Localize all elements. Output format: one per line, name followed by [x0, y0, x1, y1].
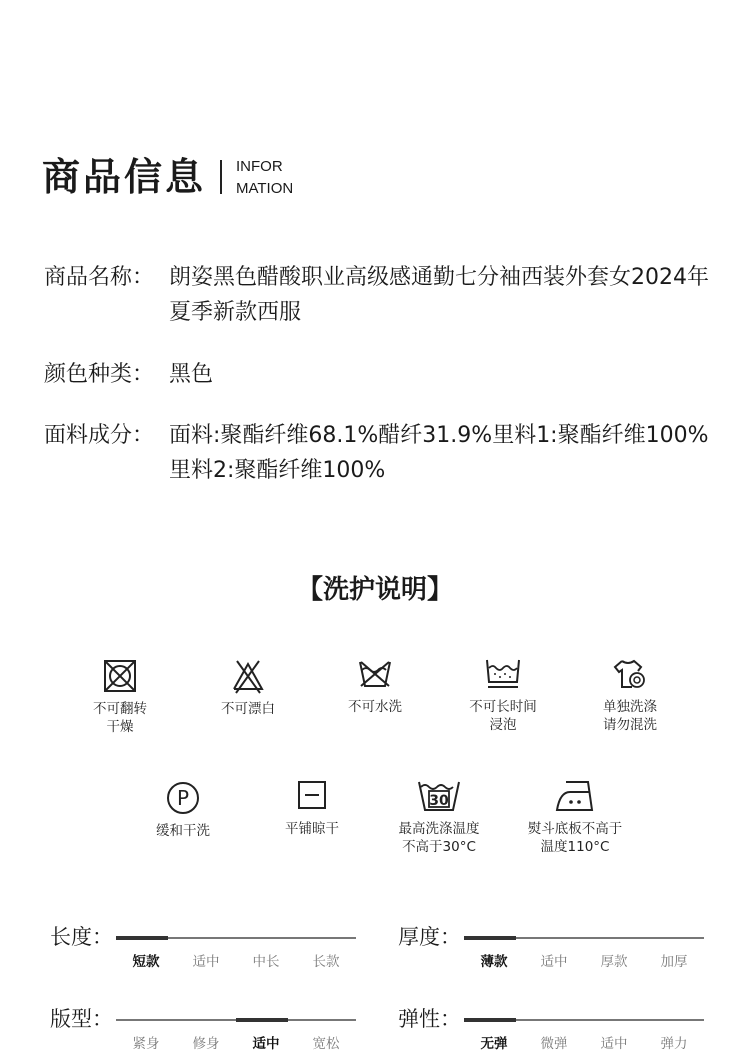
care-label-line-1: 不可水洗 — [310, 698, 440, 716]
care-item-wash-30: 30 最高洗涤温度 不高于30°C — [374, 778, 504, 856]
care-label: 缓和干洗 — [118, 822, 248, 840]
care-label-line-2: 温度110°C — [510, 838, 640, 856]
care-label: 熨斗底板不高于 温度110°C — [510, 820, 640, 856]
wash-30-icon: 30 — [417, 778, 461, 814]
scale-option: 适中 — [584, 1034, 644, 1054]
scale-option: 薄款 — [464, 952, 524, 972]
info-row-fabric: 面料成分： 面料:聚酯纤维68.1%醋纤31.9%里料1:聚酯纤维100%里料2… — [44, 418, 709, 488]
scale-thickness: 厚度： 薄款 适中 厚款 加厚 — [398, 922, 708, 982]
care-item-dry-flat: 平铺晾干 — [247, 778, 377, 838]
info-row-color: 颜色种类： 黑色 — [44, 357, 709, 392]
scale-option: 中长 — [236, 952, 296, 972]
wash-separately-icon — [612, 656, 648, 692]
scale-track — [464, 937, 704, 939]
scale-option: 厚款 — [584, 952, 644, 972]
care-label-line-2: 请勿混洗 — [565, 716, 695, 734]
scale-option: 适中 — [524, 952, 584, 972]
scale-fit: 版型： 紧身 修身 适中 宽松 — [50, 1004, 360, 1059]
section-subtitle: INFOR MATION — [236, 156, 293, 200]
care-item-wash-separately: 单独洗涤 请勿混洗 — [565, 656, 695, 734]
care-label-line-1: 不可长时间 — [438, 698, 568, 716]
info-label: 面料成分： — [44, 418, 169, 488]
scale-option: 弹力 — [644, 1034, 704, 1054]
no-soak-icon — [484, 656, 522, 692]
scale-label: 长度： — [50, 922, 113, 952]
scale-length: 长度： 短款 适中 中长 长款 — [50, 922, 360, 982]
subtitle-line-2: MATION — [236, 178, 293, 200]
info-label: 颜色种类： — [44, 357, 169, 392]
gentle-dry-clean-icon: P — [165, 780, 201, 816]
no-bleach-icon — [230, 658, 266, 694]
care-label-line-2: 干燥 — [55, 718, 185, 736]
scale-elasticity: 弹性： 无弹 微弹 适中 弹力 — [398, 1004, 708, 1059]
scale-label: 厚度： — [398, 922, 461, 952]
svg-text:30: 30 — [429, 793, 449, 809]
scale-label: 弹性： — [398, 1004, 461, 1034]
section-title: 商品信息 — [42, 152, 206, 202]
care-label: 不可翻转 干燥 — [55, 700, 185, 736]
info-label: 商品名称： — [44, 260, 169, 330]
scale-option: 长款 — [296, 952, 356, 972]
care-label: 不可水洗 — [310, 698, 440, 716]
scale-option: 微弹 — [524, 1034, 584, 1054]
care-label: 最高洗涤温度 不高于30°C — [374, 820, 504, 856]
care-label-line-2: 浸泡 — [438, 716, 568, 734]
scale-indicator — [236, 1018, 288, 1022]
scale-indicator — [464, 1018, 516, 1022]
scale-option: 修身 — [176, 1034, 236, 1054]
info-row-name: 商品名称： 朗姿黑色醋酸职业高级感通勤七分袖西装外套女2024年夏季新款西服 — [44, 260, 709, 330]
care-title: 【洗护说明】 — [0, 570, 750, 610]
scale-option: 加厚 — [644, 952, 704, 972]
info-value: 黑色 — [169, 357, 709, 392]
scale-option: 适中 — [236, 1034, 296, 1054]
care-item-no-wash: 不可水洗 — [310, 656, 440, 716]
info-value: 面料:聚酯纤维68.1%醋纤31.9%里料1:聚酯纤维100%里料2:聚酯纤维1… — [169, 418, 709, 488]
dry-flat-icon — [294, 778, 330, 814]
care-label-line-1: 最高洗涤温度 — [374, 820, 504, 838]
care-label: 不可长时间 浸泡 — [438, 698, 568, 734]
scale-track — [464, 1019, 704, 1021]
title-divider — [220, 160, 222, 194]
care-item-no-tumble-dry: 不可翻转 干燥 — [55, 658, 185, 736]
care-item-no-bleach: 不可漂白 — [183, 658, 313, 718]
subtitle-line-1: INFOR — [236, 156, 293, 178]
care-label-line-1: 熨斗底板不高于 — [510, 820, 640, 838]
care-item-no-soak: 不可长时间 浸泡 — [438, 656, 568, 734]
care-label-line-1: 平铺晾干 — [247, 820, 377, 838]
care-label: 平铺晾干 — [247, 820, 377, 838]
svg-text:P: P — [177, 786, 189, 810]
scale-label: 版型： — [50, 1004, 113, 1034]
care-label-line-2: 不高于30°C — [374, 838, 504, 856]
iron-low-icon — [554, 778, 596, 814]
care-item-gentle-dry-clean: P 缓和干洗 — [118, 780, 248, 840]
care-label: 单独洗涤 请勿混洗 — [565, 698, 695, 734]
scale-track — [116, 1019, 356, 1021]
care-label: 不可漂白 — [183, 700, 313, 718]
care-item-iron-low: 熨斗底板不高于 温度110°C — [510, 778, 640, 856]
scale-option: 适中 — [176, 952, 236, 972]
scale-option: 无弹 — [464, 1034, 524, 1054]
care-label-line-1: 不可翻转 — [55, 700, 185, 718]
scale-track — [116, 937, 356, 939]
care-label-line-1: 缓和干洗 — [118, 822, 248, 840]
care-label-line-1: 不可漂白 — [183, 700, 313, 718]
care-label-line-1: 单独洗涤 — [565, 698, 695, 716]
scale-indicator — [464, 936, 516, 940]
scale-indicator — [116, 936, 168, 940]
scale-option: 紧身 — [116, 1034, 176, 1054]
no-wash-icon — [357, 656, 393, 692]
info-value: 朗姿黑色醋酸职业高级感通勤七分袖西装外套女2024年夏季新款西服 — [169, 260, 709, 330]
no-tumble-dry-icon — [102, 658, 138, 694]
scale-option: 短款 — [116, 952, 176, 972]
scale-option: 宽松 — [296, 1034, 356, 1054]
